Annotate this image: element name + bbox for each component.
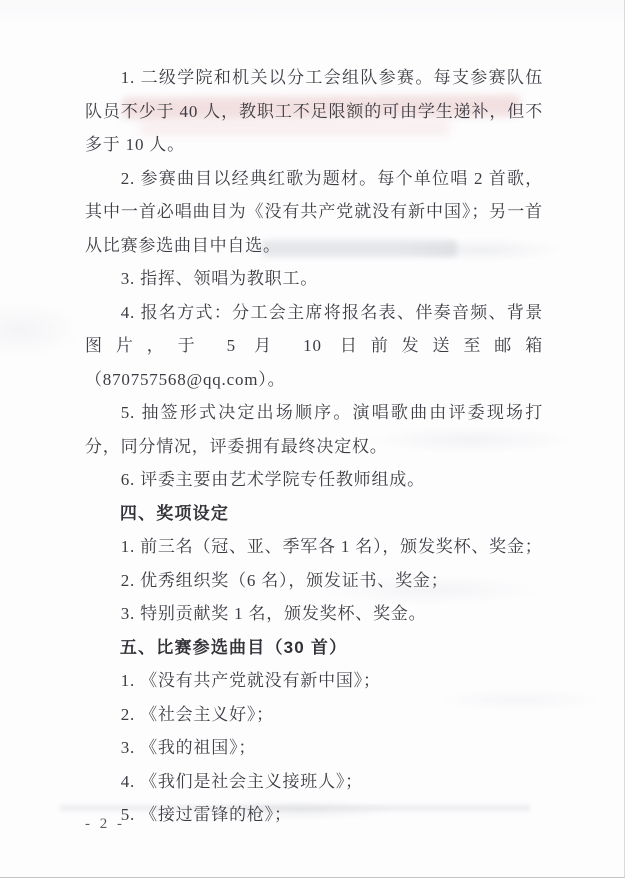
paragraph-order-scoring: 5. 抽签形式决定出场顺序。演唱歌曲由评委现场打分，同分情况，评委拥有最终决定权… [85, 396, 543, 463]
song-list-item: 4. 《我们是社会主义接班人》； [85, 765, 543, 799]
page-number: - 2 - [85, 816, 125, 833]
paragraph-award-contribution: 3. 特别贡献奖 1 名，颁发奖杯、奖金。 [85, 597, 543, 631]
song-list-item: 3. 《我的祖国》； [85, 731, 543, 765]
document-body: 1. 二级学院和机关以分工会组队参赛。每支参赛队伍队员不少于 40 人，教职工不… [85, 61, 543, 832]
paragraph-team-rules: 1. 二级学院和机关以分工会组队参赛。每支参赛队伍队员不少于 40 人，教职工不… [85, 61, 543, 162]
song-list-item: 5. 《接过雷锋的枪》； [85, 798, 543, 832]
paragraph-judges: 6. 评委主要由艺术学院专任教师组成。 [85, 463, 543, 497]
song-list-item: 1. 《没有共产党就没有新中国》； [85, 664, 543, 698]
paragraph-conductor-rule: 3. 指挥、领唱为教职工。 [85, 262, 543, 296]
heading-awards: 四、奖项设定 [85, 497, 543, 531]
paragraph-registration: 4. 报名方式：分工会主席将报名表、伴奏音频、背景图片，于 5 月 10 日前发… [85, 296, 543, 397]
paragraph-song-requirements: 2. 参赛曲目以经典红歌为题材。每个单位唱 2 首歌，其中一首必唱曲目为《没有共… [85, 162, 543, 263]
paragraph-award-top3: 1. 前三名（冠、亚、季军各 1 名），颁发奖杯、奖金； [85, 530, 543, 564]
paragraph-award-organization: 2. 优秀组织奖（6 名），颁发证书、奖金； [85, 564, 543, 598]
heading-song-list: 五、比赛参选曲目（30 首） [85, 631, 543, 665]
song-list-item: 2. 《社会主义好》； [85, 698, 543, 732]
scanned-document-page: 1. 二级学院和机关以分工会组队参赛。每支参赛队伍队员不少于 40 人，教职工不… [0, 0, 625, 878]
